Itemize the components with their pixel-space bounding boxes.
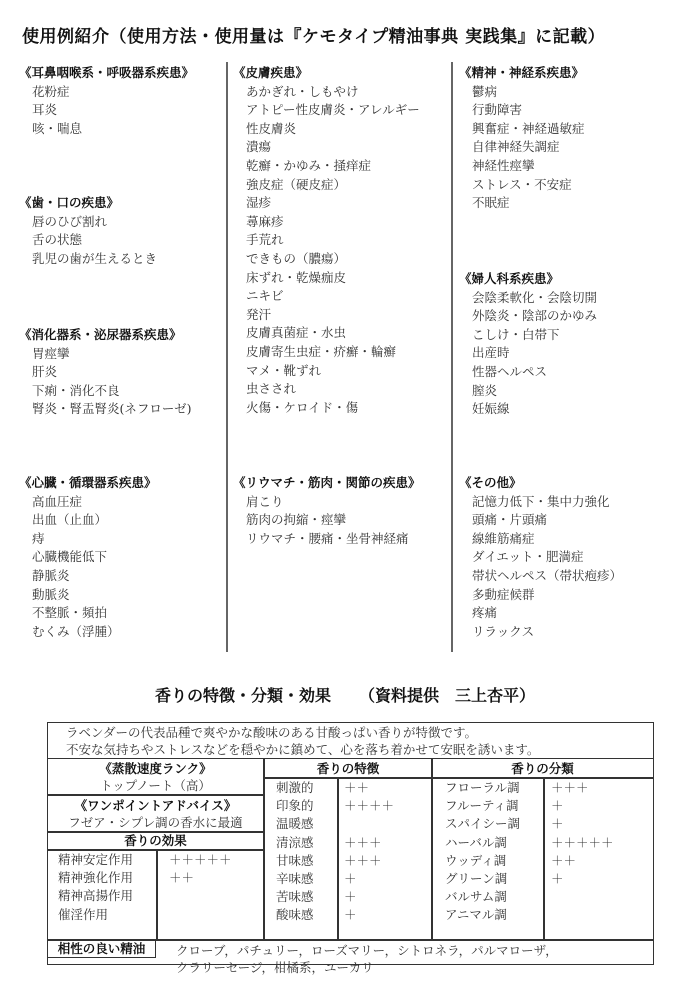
effect-label: 精神高揚作用 [58, 887, 133, 905]
compatible-oils-line: クラリーセージ，柑橘系，ユーカリ [176, 959, 558, 976]
evaporation-value: トップノート（高） [48, 777, 263, 794]
grid-line [48, 794, 264, 796]
description-line: ラベンダーの代表品種で爽やかな酸味のある甘酸っぱい香りが特徴です。 [66, 724, 653, 741]
effect-rating: ＋＋ [169, 869, 232, 887]
list-item: 床ずれ・乾燥痂皮 [236, 269, 450, 288]
list-item: 会陰柔軟化・会陰切開 [462, 289, 682, 308]
list-item: 潰瘍 [236, 138, 450, 157]
classification-rating: ＋ [551, 815, 614, 833]
classification-rating [551, 888, 614, 906]
column-divider [226, 62, 228, 652]
section-heading: 《歯・口の疾患》 [19, 194, 226, 213]
effect-label: 催淫作用 [58, 906, 133, 924]
classification-label: ハーバル調 [445, 834, 520, 852]
list-item: 舌の状態 [22, 231, 226, 250]
list-item: 多動症候群 [462, 586, 682, 605]
list-item: 腎炎・腎盂腎炎(ネフローゼ) [22, 400, 226, 419]
characteristic-rating: ＋＋ [344, 779, 394, 797]
characteristic-rating: ＋＋＋ [344, 852, 394, 870]
list-item: ストレス・不安症 [462, 176, 682, 195]
section-teeth-mouth: 《歯・口の疾患》 唇のひび割れ 舌の状態 乳児の歯が生えるとき [22, 194, 226, 268]
list-item: 火傷・ケロイド・傷 [236, 399, 450, 418]
classification-label: スパイシー調 [445, 815, 520, 833]
classification-labels: フローラル調 フルーティ調 スパイシー調 ハーバル調 ウッディ調 グリーン調 バ… [445, 779, 520, 925]
list-item: 膣炎 [462, 382, 682, 401]
advice-value: フゼア・シプレ調の香水に最適 [48, 814, 263, 831]
characteristic-rating: ＋ [344, 888, 394, 906]
list-item: 乾癬・かゆみ・掻痒症 [236, 157, 450, 176]
list-item: 唇のひび割れ [22, 213, 226, 232]
section-heading: 《耳鼻咽喉系・呼吸器系疾患》 [19, 64, 226, 83]
classification-heading: 香りの分類 [432, 760, 653, 777]
list-item: 妊娠線 [462, 400, 682, 419]
section-heading: 《皮膚疾患》 [233, 64, 450, 83]
section-heading: 《心臓・循環器系疾患》 [19, 474, 226, 493]
list-item: むくみ（浮腫） [22, 623, 226, 642]
profile-title: 香りの特徴・分類・効果（資料提供 三上杏平） [0, 683, 690, 706]
usage-column-2: 《皮膚疾患》 あかぎれ・しもやけ アトピー性皮膚炎・アレルギー 性皮膚炎 潰瘍 … [236, 64, 450, 650]
classification-rating: ＋ [551, 870, 614, 888]
list-item: 湿疹 [236, 194, 450, 213]
list-item: あかぎれ・しもやけ [236, 83, 450, 102]
compatible-oils-list: クローブ，パチュリー，ローズマリー，シトロネラ，パルマローザ， クラリーセージ，… [176, 942, 558, 976]
classification-values: ＋＋＋ ＋ ＋ ＋＋＋＋＋ ＋＋ ＋ [551, 779, 614, 925]
aroma-profile-table: ラベンダーの代表品種で爽やかな酸味のある甘酸っぱい香りが特徴です。 不安な気持ち… [47, 722, 654, 965]
section-heading: 《その他》 [459, 474, 682, 493]
list-item: 性器ヘルペス [462, 363, 682, 382]
characteristic-label: 清涼感 [276, 834, 314, 852]
list-item: 肝炎 [22, 363, 226, 382]
list-item: 鬱病 [462, 83, 682, 102]
classification-label: バルサム調 [445, 888, 520, 906]
usage-column-3: 《精神・神経系疾患》 鬱病 行動障害 興奮症・神経過敏症 自律神経失調症 神経性… [462, 64, 682, 650]
list-item: 胃痙攣 [22, 345, 226, 364]
list-item: 帯状ヘルペス（帯状疱疹） [462, 567, 682, 586]
list-item: 興奮症・神経過敏症 [462, 120, 682, 139]
list-item: 手荒れ [236, 231, 450, 250]
effects-values: ＋＋＋＋＋ ＋＋ [169, 851, 232, 887]
list-item: 下痢・消化不良 [22, 382, 226, 401]
section-rheumatism-muscle-joint: 《リウマチ・筋肉・関節の疾患》 肩こり 筋肉の拘縮・痙攣 リウマチ・腰痛・坐骨神… [236, 474, 450, 548]
list-item: 動脈炎 [22, 586, 226, 605]
compatible-oils-label: 相性の良い精油 [48, 940, 156, 958]
characteristic-label: 苦味感 [276, 888, 314, 906]
section-cardiovascular: 《心臓・循環器系疾患》 高血圧症 出血（止血） 痔 心臓機能低下 静脈炎 動脈炎… [22, 474, 226, 641]
list-item: 性皮膚炎 [236, 120, 450, 139]
effect-rating: ＋＋＋＋＋ [169, 851, 232, 869]
section-heading: 《精神・神経系疾患》 [459, 64, 682, 83]
list-item: 心臓機能低下 [22, 548, 226, 567]
section-heading: 《消化器系・泌尿器系疾患》 [19, 326, 226, 345]
list-item: 疼痛 [462, 604, 682, 623]
list-item: 強皮症（硬皮症） [236, 176, 450, 195]
characteristic-rating: ＋＋＋＋ [344, 797, 394, 815]
classification-label: ウッディ調 [445, 852, 520, 870]
list-item: できもの（膿瘍） [236, 250, 450, 269]
section-heading: 《リウマチ・筋肉・関節の疾患》 [233, 474, 450, 493]
characteristic-label: 温暖感 [276, 815, 314, 833]
characteristic-label: 酸味感 [276, 906, 314, 924]
list-item: 皮膚寄生虫症・疥癬・輪癬 [236, 343, 450, 362]
advice-heading: 《ワンポイントアドバイス》 [48, 797, 263, 814]
list-item: 蕁麻疹 [236, 213, 450, 232]
classification-label: フローラル調 [445, 779, 520, 797]
classification-rating: ＋＋ [551, 852, 614, 870]
list-item: 不整脈・頻拍 [22, 604, 226, 623]
description-line: 不安な気持ちやストレスなどを穏やかに鎮めて、心を落ち着かせて安眠を誘います。 [66, 741, 653, 758]
classification-rating: ＋ [551, 797, 614, 815]
grid-line [431, 758, 433, 940]
characteristic-label: 刺激的 [276, 779, 314, 797]
evaporation-heading: 《蒸散速度ランク》 [48, 760, 263, 777]
characteristics-values: ＋＋ ＋＋＋＋ ＋＋＋ ＋＋＋ ＋ ＋ ＋ [344, 779, 394, 925]
list-item: 痔 [22, 530, 226, 549]
section-gynecological: 《婦人科系疾患》 会陰柔軟化・会陰切開 外陰炎・陰部のかゆみ こしけ・白帯下 出… [462, 270, 682, 419]
list-item: リウマチ・腰痛・坐骨神経痛 [236, 530, 450, 549]
characteristic-rating: ＋＋＋ [344, 834, 394, 852]
section-mental-nervous: 《精神・神経系疾患》 鬱病 行動障害 興奮症・神経過敏症 自律神経失調症 神経性… [462, 64, 682, 213]
list-item: ダイエット・肥満症 [462, 548, 682, 567]
list-item: 記憶力低下・集中力強化 [462, 493, 682, 512]
list-item: 皮膚真菌症・水虫 [236, 324, 450, 343]
description: ラベンダーの代表品種で爽やかな酸味のある甘酸っぱい香りが特徴です。 不安な気持ち… [48, 723, 653, 759]
characteristics-labels: 刺激的 印象的 温暖感 清涼感 甘味感 辛味感 苦味感 酸味感 [276, 779, 314, 925]
profile-source: （資料提供 三上杏平） [359, 686, 535, 705]
list-item: 高血圧症 [22, 493, 226, 512]
list-item: 耳炎 [22, 101, 226, 120]
list-item: 花粉症 [22, 83, 226, 102]
section-ent-respiratory: 《耳鼻咽喉系・呼吸器系疾患》 花粉症 耳炎 咳・喘息 [22, 64, 226, 138]
list-item: 線維筋痛症 [462, 530, 682, 549]
classification-label: フルーティ調 [445, 797, 520, 815]
characteristic-rating [344, 815, 394, 833]
grid-line [543, 778, 545, 940]
effect-label: 精神強化作用 [58, 869, 133, 887]
list-item: 静脈炎 [22, 567, 226, 586]
list-item: 頭痛・片頭痛 [462, 511, 682, 530]
characteristic-rating: ＋ [344, 906, 394, 924]
list-item: 筋肉の拘縮・痙攣 [236, 511, 450, 530]
list-item: 咳・喘息 [22, 120, 226, 139]
list-item: リラックス [462, 623, 682, 642]
characteristic-label: 辛味感 [276, 870, 314, 888]
list-item: 行動障害 [462, 101, 682, 120]
grid-line [156, 849, 158, 940]
list-item: ニキビ [236, 287, 450, 306]
page-title: 使用例紹介（使用方法・使用量は『ケモタイプ精油事典 実践集』に記載） [22, 22, 605, 47]
section-digestive-urinary: 《消化器系・泌尿器系疾患》 胃痙攣 肝炎 下痢・消化不良 腎炎・腎盂腎炎(ネフロ… [22, 326, 226, 419]
classification-label: グリーン調 [445, 870, 520, 888]
classification-rating [551, 906, 614, 924]
list-item: 不眠症 [462, 194, 682, 213]
list-item: 発汗 [236, 306, 450, 325]
list-item: 出産時 [462, 344, 682, 363]
list-item: アトピー性皮膚炎・アレルギー [236, 101, 450, 120]
profile-title-text: 香りの特徴・分類・効果 [155, 686, 331, 705]
classification-rating: ＋＋＋＋＋ [551, 834, 614, 852]
list-item: 虫さされ [236, 380, 450, 399]
classification-rating: ＋＋＋ [551, 779, 614, 797]
characteristic-rating: ＋ [344, 870, 394, 888]
section-heading: 《婦人科系疾患》 [459, 270, 682, 289]
list-item: 肩こり [236, 493, 450, 512]
column-divider [451, 62, 453, 652]
usage-column-1: 《耳鼻咽喉系・呼吸器系疾患》 花粉症 耳炎 咳・喘息 《歯・口の疾患》 唇のひび… [22, 64, 226, 650]
grid-line [337, 778, 339, 940]
list-item: 出血（止血） [22, 511, 226, 530]
section-other: 《その他》 記憶力低下・集中力強化 頭痛・片頭痛 線維筋痛症 ダイエット・肥満症… [462, 474, 682, 641]
list-item: 乳児の歯が生えるとき [22, 250, 226, 269]
effect-label: 精神安定作用 [58, 851, 133, 869]
classification-label: アニマル調 [445, 906, 520, 924]
effects-labels: 精神安定作用 精神強化作用 精神高揚作用 催淫作用 [58, 851, 133, 924]
list-item: 外陰炎・陰部のかゆみ [462, 307, 682, 326]
section-skin: 《皮膚疾患》 あかぎれ・しもやけ アトピー性皮膚炎・アレルギー 性皮膚炎 潰瘍 … [236, 64, 450, 417]
list-item: こしけ・白帯下 [462, 326, 682, 345]
compatible-oils-line: クローブ，パチュリー，ローズマリー，シトロネラ，パルマローザ， [176, 942, 558, 959]
characteristics-heading: 香りの特徴 [264, 760, 432, 777]
characteristic-label: 甘味感 [276, 852, 314, 870]
characteristic-label: 印象的 [276, 797, 314, 815]
effects-heading: 香りの効果 [48, 832, 263, 849]
list-item: マメ・靴ずれ [236, 362, 450, 381]
list-item: 自律神経失調症 [462, 138, 682, 157]
list-item: 神経性痙攣 [462, 157, 682, 176]
